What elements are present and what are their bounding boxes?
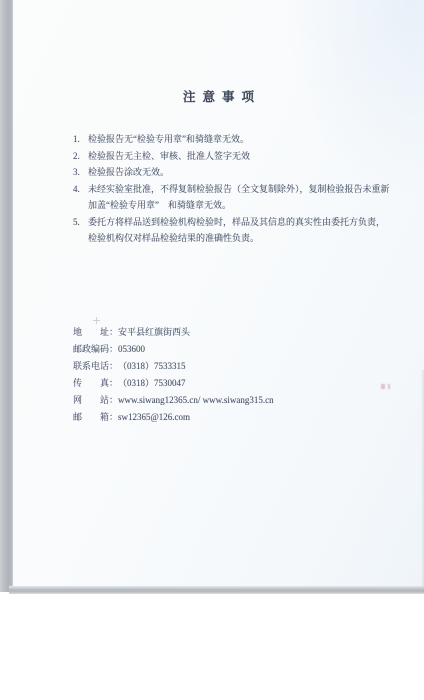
notice-list: 1.检验报告无“检验专用章”和骑缝章无效。 2.检验报告无主检、审核、批准人签字… <box>73 131 390 247</box>
notice-item-text: 委托方将样品送到检验机构检验时，样品及其信息的真实性由委托方负责， <box>88 217 385 227</box>
notice-item-text: 检验报告无“检验专用章”和骑缝章无效。 <box>88 134 249 144</box>
notice-item-number: 1. <box>73 131 88 148</box>
scanned-page: 注意事项 1.检验报告无“检验专用章”和骑缝章无效。 2.检验报告无主检、审核、… <box>13 0 424 588</box>
page-title: 注意事项 <box>13 87 424 105</box>
contact-label: 地 址： <box>73 324 118 341</box>
notice-item-text: 未经实验室批准，不得复制检验报告（全文复制除外），复制检验报告未重新 <box>88 184 390 194</box>
notice-item: 5.委托方将样品送到检验机构检验时，样品及其信息的真实性由委托方负责， <box>73 214 390 231</box>
contact-label: 网 站： <box>73 392 118 409</box>
contact-value: （0318）7533315 <box>118 358 186 375</box>
notice-item-continuation: 加盖“检验专用章” 和骑缝章无效。 <box>73 197 390 214</box>
contact-row-postcode: 邮政编码：053600 <box>73 341 274 358</box>
contact-label: 联系电话： <box>73 358 118 375</box>
notice-item-number: 4. <box>73 181 88 198</box>
contact-value: 安平县红旗街西头 <box>118 324 190 341</box>
scanned-document: 注意事项 1.检验报告无“检验专用章”和骑缝章无效。 2.检验报告无主检、审核、… <box>0 0 424 700</box>
notice-item-text: 检验报告无主检、审核、批准人签字无效 <box>88 151 250 161</box>
notice-item: 1.检验报告无“检验专用章”和骑缝章无效。 <box>73 131 390 148</box>
scan-speck-pink <box>381 384 393 389</box>
contact-row-fax: 传 真：（0318）7530047 <box>73 375 274 392</box>
notice-item-text: 检验报告涂改无效。 <box>88 167 169 177</box>
contact-row-phone: 联系电话：（0318）7533315 <box>73 358 274 375</box>
notice-item: 4.未经实验室批准，不得复制检验报告（全文复制除外），复制检验报告未重新 <box>73 181 390 198</box>
contact-value: sw12365@126.com <box>118 409 190 426</box>
notice-item-number: 3. <box>73 164 88 181</box>
scan-bottom-edge-shadow <box>9 586 424 594</box>
contact-row-website: 网 站：www.siwang12365.cn/ www.siwang315.cn <box>73 392 274 409</box>
contact-value: www.siwang12365.cn/ www.siwang315.cn <box>118 392 274 409</box>
contact-block: 地 址：安平县红旗街西头 邮政编码：053600 联系电话：（0318）7533… <box>73 324 274 426</box>
notice-item-number: 2. <box>73 148 88 165</box>
contact-row-address: 地 址：安平县红旗街西头 <box>73 324 274 341</box>
notice-item-continuation: 检验机构仅对样品检验结果的准确性负责。 <box>73 230 390 247</box>
notice-item: 2.检验报告无主检、审核、批准人签字无效 <box>73 148 390 165</box>
notice-item: 3.检验报告涂改无效。 <box>73 164 390 181</box>
contact-value: （0318）7530047 <box>118 375 186 392</box>
contact-row-email: 邮 箱：sw12365@126.com <box>73 409 274 426</box>
contact-label: 邮政编码： <box>73 341 118 358</box>
contact-value: 053600 <box>118 341 145 358</box>
contact-label: 邮 箱： <box>73 409 118 426</box>
contact-label: 传 真： <box>73 375 118 392</box>
scan-left-edge-shadow <box>0 0 14 592</box>
notice-item-number: 5. <box>73 214 88 231</box>
scan-speck-cross <box>93 317 100 324</box>
